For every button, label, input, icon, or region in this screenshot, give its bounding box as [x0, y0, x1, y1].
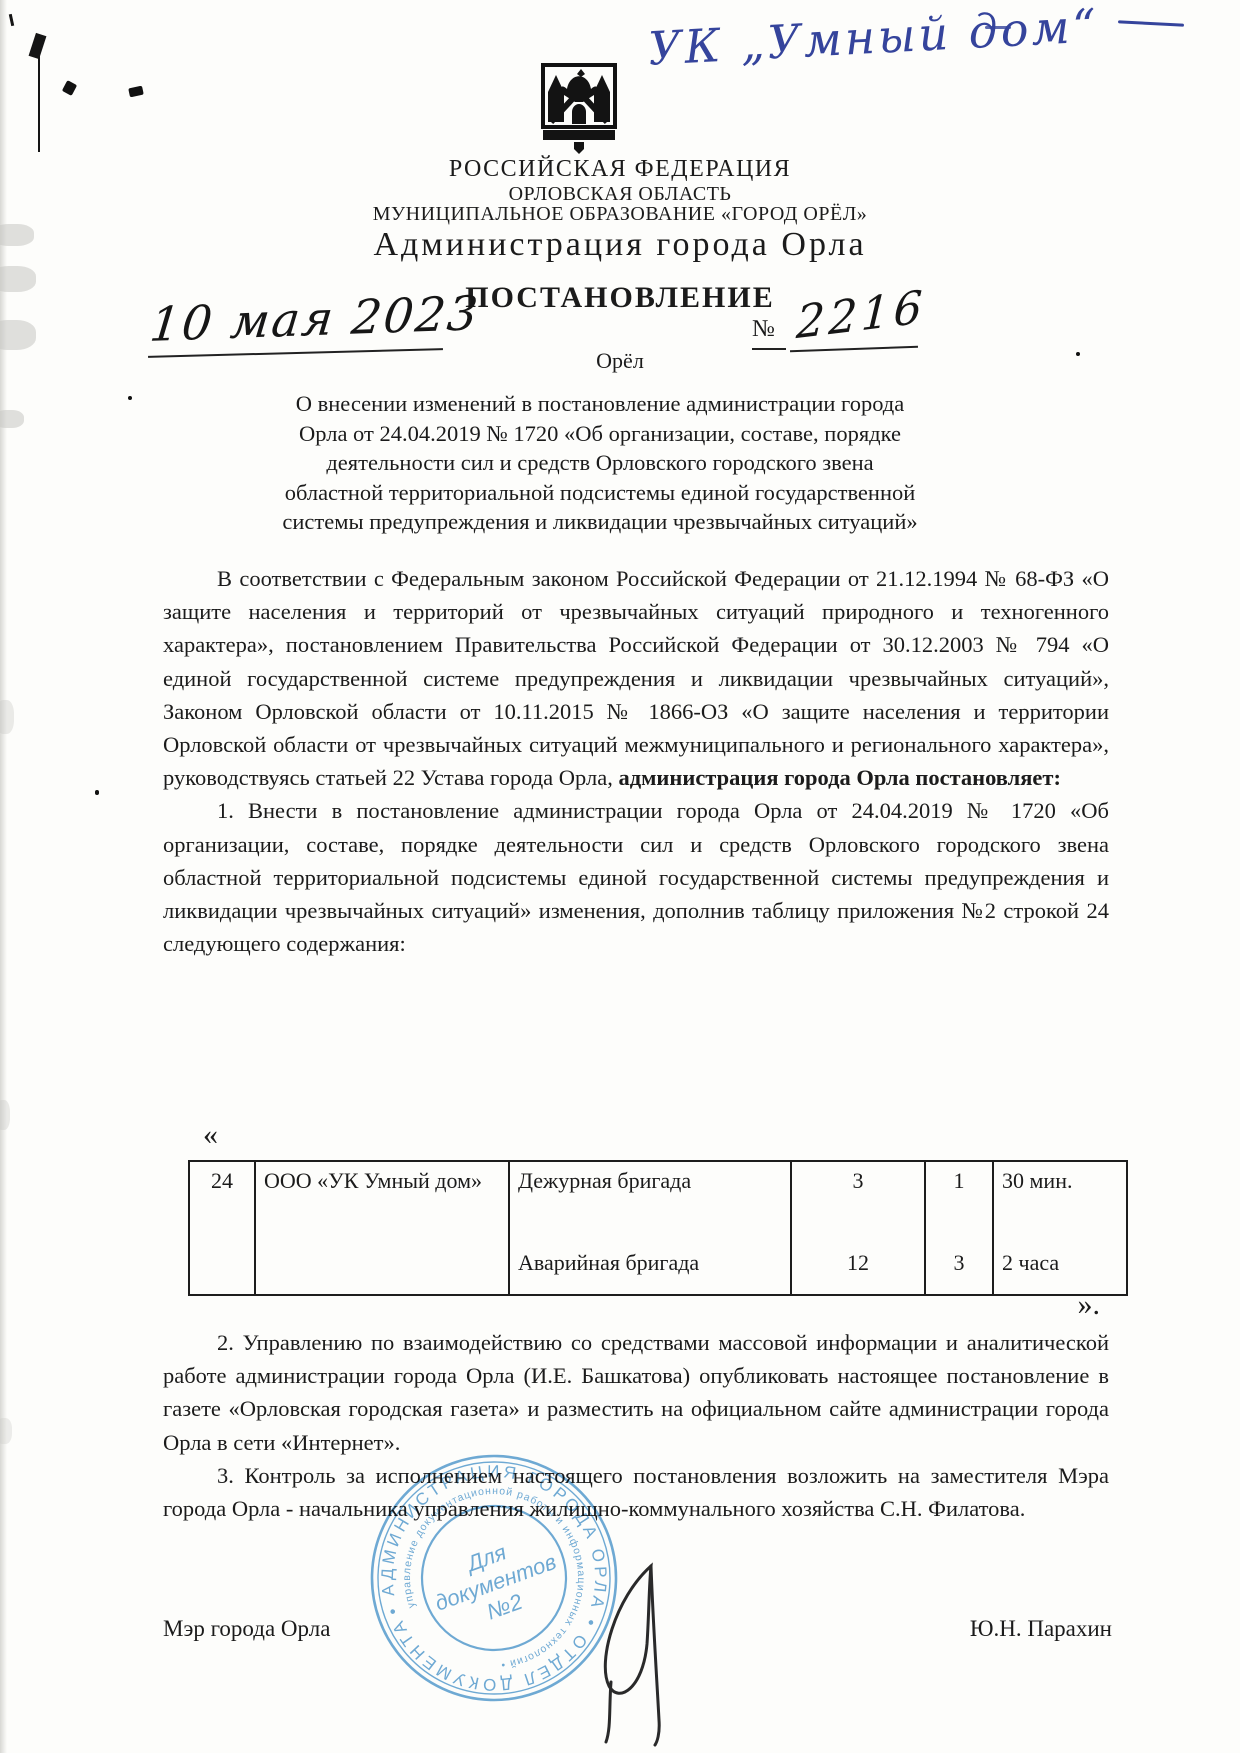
cell-row-number: 24: [189, 1161, 255, 1295]
number-sign: №: [752, 316, 775, 343]
scan-artifact: [62, 80, 77, 96]
cell-people-counts: 3 12: [791, 1161, 925, 1295]
resolves-clause: администрация города Орла постановляет:: [618, 765, 1061, 790]
preamble-text: В соответствии с Федеральным законом Рос…: [163, 566, 1109, 790]
item-1-paragraph: 1. Внести в постановление администрации …: [163, 794, 1109, 960]
appendix-row-table: 24 ООО «УК Умный дом» Дежурная бригада А…: [188, 1160, 1128, 1296]
cell-unit-counts: 1 3: [925, 1161, 993, 1295]
title-line: деятельности сил и средств Орловского го…: [160, 448, 1040, 478]
oryol-coat-of-arms: [537, 62, 621, 156]
team-name: Аварийная бригада: [518, 1250, 782, 1276]
mayor-signature: [575, 1552, 695, 1752]
title-line: системы предупреждения и ликвидации чрез…: [160, 507, 1040, 537]
handwritten-date: 10 мая 2023: [147, 286, 482, 353]
scan-artifact: [128, 396, 132, 400]
cell-team-names: Дежурная бригада Аварийная бригада: [509, 1161, 791, 1295]
scan-artifact: [0, 1418, 12, 1444]
item-3-paragraph: 3. Контроль за исполнением настоящего по…: [163, 1459, 1109, 1525]
header-administration: Администрация города Орла: [0, 226, 1240, 264]
scan-artifact: [0, 1100, 10, 1130]
people-count: 12: [800, 1250, 916, 1276]
body-text-upper: В соответствии с Федеральным законом Рос…: [163, 562, 1109, 960]
handwritten-stroke: [1118, 20, 1184, 26]
title-line: Орла от 24.04.2019 № 1720 «Об организаци…: [160, 419, 1040, 449]
cell-organization: ООО «УК Умный дом»: [255, 1161, 509, 1295]
title-line: О внесении изменений в постановление адм…: [160, 389, 1040, 419]
header-municipality: МУНИЦИПАЛЬНОЕ ОБРАЗОВАНИЕ «ГОРОД ОРЁЛ»: [0, 203, 1240, 226]
scan-artifact: [0, 320, 36, 350]
scan-artifact: [95, 790, 99, 795]
title-line: областной территориальной подсистемы еди…: [160, 478, 1040, 508]
unit-count: 1: [934, 1168, 984, 1194]
readiness-time: 30 мин.: [1002, 1168, 1118, 1194]
signer-position: Мэр города Орла: [163, 1616, 330, 1642]
table-row: 24 ООО «УК Умный дом» Дежурная бригада А…: [189, 1161, 1127, 1295]
table-open-quote: «: [203, 1118, 218, 1152]
scanned-document-page: УК „Умный дом“ РОССИЙСКАЯ ФЕДЕРАЦИЯ ОРЛО…: [0, 0, 1240, 1753]
organization-name: ООО «УК Умный дом»: [264, 1168, 482, 1194]
scan-artifact: [0, 410, 24, 428]
scan-artifact: [0, 700, 14, 734]
scan-artifact: [9, 14, 14, 26]
header-country: РОССИЙСКАЯ ФЕДЕРАЦИЯ: [0, 156, 1240, 183]
item-2-paragraph: 2. Управлению по взаимодействию со средс…: [163, 1326, 1109, 1459]
scan-artifact: [128, 86, 144, 98]
table-close-quote: ».: [1020, 1288, 1100, 1322]
preamble-paragraph: В соответствии с Федеральным законом Рос…: [163, 562, 1109, 794]
team-name: Дежурная бригада: [518, 1168, 782, 1194]
handwritten-note: УК „Умный дом“: [647, 0, 1100, 76]
signer-name: Ю.Н. Парахин: [970, 1616, 1112, 1642]
document-title: О внесении изменений в постановление адм…: [160, 389, 1040, 537]
handwritten-stroke: [985, 26, 1011, 29]
city-label: Орёл: [0, 348, 1240, 374]
scan-artifact: [29, 33, 47, 59]
readiness-time: 2 часа: [1002, 1250, 1118, 1276]
body-text-lower: 2. Управлению по взаимодействию со средс…: [163, 1326, 1109, 1525]
unit-count: 3: [934, 1250, 984, 1276]
people-count: 3: [800, 1168, 916, 1194]
cell-readiness-times: 30 мин. 2 часа: [993, 1161, 1127, 1295]
